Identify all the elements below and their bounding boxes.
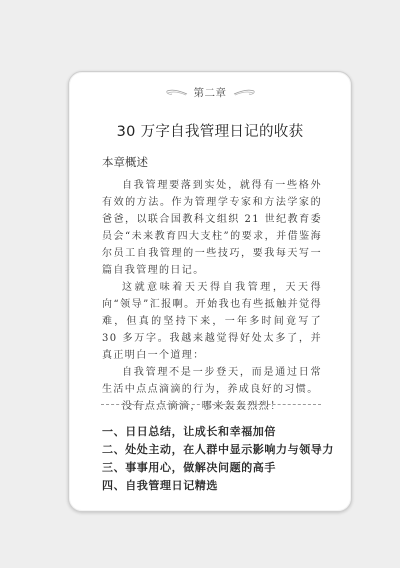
table-of-contents: 一、日日总结，让成长和幸福加倍 二、处处主动，在人群中显示影响力与领导力 三、事… [102,423,334,495]
chapter-header: 第二章 [69,85,351,100]
toc-item[interactable]: 四、自我管理日记精选 [102,477,334,495]
toc-item[interactable]: 一、日日总结，让成长和幸福加倍 [102,423,334,441]
page-background: 第二章 30 万字自我管理日记的收获 本章概述 自我管理要落到实处，就得有一些格… [0,0,400,568]
swirl-ornament-left-icon [166,88,188,98]
chapter-card: 第二章 30 万字自我管理日记的收获 本章概述 自我管理要落到实处，就得有一些格… [68,71,352,512]
chapter-label: 第二章 [194,85,227,100]
chapter-title: 30 万字自我管理日记的收获 [69,120,351,141]
toc-item[interactable]: 二、处处主动，在人群中显示影响力与领导力 [102,441,334,459]
overview-heading: 本章概述 [102,154,148,170]
toc-item[interactable]: 三、事事用心，做解决问题的高手 [102,459,334,477]
overview-paragraph: 这就意味着天天得自我管理，天天得向“领导”汇报啊。开始我也有些抵触并觉得难，但真… [102,279,322,364]
dashed-divider [101,404,321,405]
overview-paragraph: 自我管理要落到实处，就得有一些格外有效的方法。作为管理学专家和方法学家的爸爸，以… [102,177,322,279]
overview-paragraph: 没有点点滴滴，哪来轰轰烈烈！ [102,398,322,415]
overview-paragraph: 自我管理不是一步登天，而是通过日常生活中点点滴滴的行为，养成良好的习惯。 [102,364,322,398]
overview-body: 自我管理要落到实处，就得有一些格外有效的方法。作为管理学专家和方法学家的爸爸，以… [102,177,322,415]
swirl-ornament-right-icon [233,88,255,98]
